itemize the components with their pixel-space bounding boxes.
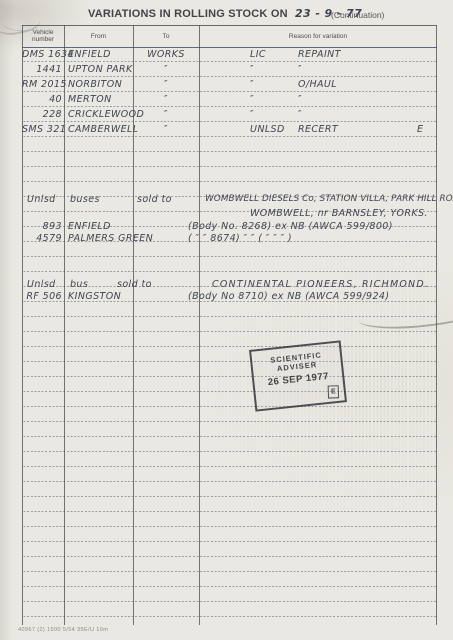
sale-note-wombwell: Unlsd buses sold to WOMBWELL DIESELS Co,… — [22, 192, 437, 207]
vehicle-number: SMS 321 — [22, 122, 62, 137]
reason-ditto: ″ — [250, 107, 254, 122]
rolling-stock-table: Vehicle number From To Reason for variat… — [22, 25, 437, 625]
from-location: MERTON — [68, 92, 112, 107]
table-row: 40 MERTON ″ ″ ″ — [22, 92, 437, 107]
reason-part1: UNLSD — [250, 122, 285, 137]
reason-part2: O/HAUL — [298, 77, 337, 92]
printer-imprint: 40967 (2) 1500 5/54 35E/U 10m — [18, 627, 108, 633]
to-ditto: ″ — [133, 122, 199, 137]
table-row: 4579 PALMERS GREEN ( ″ ″ 8674) ″ ″ ( ″ ″… — [22, 231, 437, 246]
vehicle-number: 40 — [22, 92, 62, 107]
from-location: UPTON PARK — [68, 62, 133, 77]
table-row: SMS 321 CAMBERWELL ″ UNLSD RECERT E — [22, 122, 437, 137]
col-header-vehicle-number: Vehicle number — [22, 25, 64, 47]
vehicle-number: RM 2015 — [22, 77, 62, 92]
stamp-letter-badge: E — [328, 385, 339, 398]
reason-part2: REPAINT — [298, 47, 341, 62]
reason-ditto: ″ — [250, 62, 254, 77]
reason-ditto: ″ — [298, 107, 302, 122]
from-location: NORBITON — [68, 77, 122, 92]
reason-ditto: ″ — [250, 77, 254, 92]
reason-part2: RECERT — [298, 122, 338, 137]
note-word: buses — [70, 192, 100, 207]
reason-ditto: ″ — [298, 92, 302, 107]
reason-ditto: ″ — [250, 92, 254, 107]
from-location: KINGSTON — [68, 289, 121, 304]
col-header-from: From — [64, 25, 133, 47]
page-title: VARIATIONS IN ROLLING STOCK ON 23 - 9 - … — [88, 7, 362, 20]
to-location: WORKS — [133, 47, 199, 62]
table-row: 228 CRICKLEWOOD ″ ″ ″ — [22, 107, 437, 122]
date-stamp: SCIENTIFIC ADVISER 26 SEP 1977 E — [249, 340, 347, 411]
margin-note-e: E — [417, 122, 423, 137]
to-ditto: ″ — [133, 92, 199, 107]
from-location: CAMBERWELL — [68, 122, 138, 137]
body-detail: (Body No 8710) ex NB (AWCA 599/924) — [188, 289, 389, 304]
note-word: Unlsd — [27, 192, 56, 207]
table-row: RM 2015 NORBITON ″ ″ O/HAUL — [22, 77, 437, 92]
vehicle-number: 4579 — [22, 231, 62, 246]
from-location: ENFIELD — [68, 47, 111, 62]
document-page: VARIATIONS IN ROLLING STOCK ON 23 - 9 - … — [0, 0, 453, 640]
to-ditto: ″ — [133, 77, 199, 92]
buyer-name-address: WOMBWELL DIESELS Co, STATION VILLA, PARK… — [205, 192, 453, 207]
table-row: RF 506 KINGSTON (Body No 8710) ex NB (AW… — [22, 289, 437, 304]
vehicle-number: DMS 1634 — [22, 47, 62, 62]
reason-ditto: ″ — [298, 62, 302, 77]
table-row: 1441 UPTON PARK ″ ″ ″ — [22, 62, 437, 77]
col-header-to: To — [133, 25, 199, 47]
table-row: DMS 1634 ENFIELD WORKS LIC REPAINT — [22, 47, 437, 62]
col-header-reason: Reason for variation — [199, 25, 437, 47]
continuation-label: (Continuation) — [331, 10, 384, 20]
page-title-text: VARIATIONS IN ROLLING STOCK ON — [88, 8, 288, 20]
note-word: sold to — [137, 192, 172, 207]
to-ditto: ″ — [133, 62, 199, 77]
to-ditto: ″ — [133, 107, 199, 122]
vehicle-number: 1441 — [22, 62, 62, 77]
reason-part1: LIC — [250, 47, 266, 62]
body-detail: ( ″ ″ 8674) ″ ″ ( ″ ″ ″ ) — [188, 231, 292, 246]
from-location: PALMERS GREEN — [68, 231, 153, 246]
vehicle-number: 228 — [22, 107, 62, 122]
vehicle-number: RF 506 — [22, 289, 62, 304]
